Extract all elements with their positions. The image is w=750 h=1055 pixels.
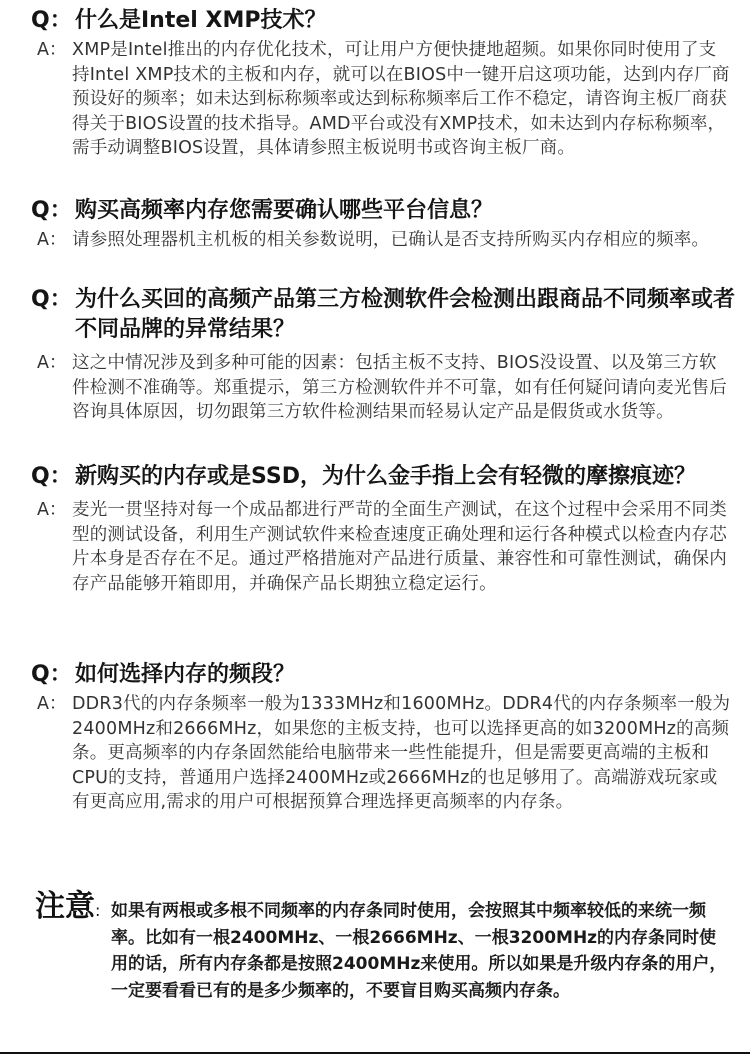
answer-row: A： DDR3代的内存条频率一般为1333MHz和1600MHz。DDR4代的内… [0,692,750,815]
answer-mark-label: A： [0,228,72,253]
notice-block: 注意: 如果有两根或多根不同频率的内存条同时使用，会按照其中频率较低的来统一频率… [0,890,750,1004]
faq-item-frequency-selection: Q： 如何选择内存的频段？ A： DDR3代的内存条频率一般为1333MHz和1… [0,660,750,815]
question-text: 购买高频率内存您需要确认哪些平台信息？ [75,196,735,226]
answer-text: XMP是Intel推出的内存优化技术，可让用户方便快捷地超频。如果你同时使用了支… [72,38,732,161]
question-text: 什么是Intel XMP技术？ [75,6,735,36]
answer-text: 麦光一贯坚持对每一个成品都进行严苛的全面生产测试，在这个过程中会采用不同类型的测… [72,498,732,596]
faq-item-platform-info: Q： 购买高频率内存您需要确认哪些平台信息？ A： 请参照处理器机主机板的相关参… [0,196,750,253]
question-mark-label: Q： [0,660,75,690]
answer-mark-label: A： [0,351,72,425]
answer-mark-label: A： [0,498,72,596]
answer-row: A： 麦光一贯坚持对每一个成品都进行严苛的全面生产测试，在这个过程中会采用不同类… [0,498,750,596]
question-mark-label: Q： [0,285,75,345]
question-mark-label: Q： [0,6,75,36]
faq-item-xmp: Q： 什么是Intel XMP技术？ A： XMP是Intel推出的内存优化技术… [0,6,750,161]
faq-item-third-party-detection: Q： 为什么买回的高频产品第三方检测软件会检测出跟商品不同频率或者不同品牌的异常… [0,285,750,425]
faq-item-gold-finger-marks: Q： 新购买的内存或是SSD，为什么金手指上会有轻微的摩擦痕迹？ A： 麦光一贯… [0,462,750,596]
bottom-divider [0,1052,750,1054]
question-text: 如何选择内存的频段？ [75,660,735,690]
notice-colon: : [95,901,100,920]
notice-label-text: 注意 [35,889,95,924]
question-text: 为什么买回的高频产品第三方检测软件会检测出跟商品不同频率或者不同品牌的异常结果？ [75,285,735,345]
answer-row: A： 这之中情况涉及到多种可能的因素：包括主板不支持、BIOS没设置、以及第三方… [0,351,750,425]
question-row: Q： 为什么买回的高频产品第三方检测软件会检测出跟商品不同频率或者不同品牌的异常… [0,285,750,345]
question-mark-label: Q： [0,462,75,492]
question-text: 新购买的内存或是SSD，为什么金手指上会有轻微的摩擦痕迹？ [75,462,735,492]
question-row: Q： 新购买的内存或是SSD，为什么金手指上会有轻微的摩擦痕迹？ [0,462,750,492]
question-row: Q： 什么是Intel XMP技术？ [0,6,750,36]
answer-row: A： XMP是Intel推出的内存优化技术，可让用户方便快捷地超频。如果你同时使… [0,38,750,161]
question-row: Q： 购买高频率内存您需要确认哪些平台信息？ [0,196,750,226]
answer-row: A： 请参照处理器机主机板的相关参数说明，已确认是否支持所购买内存相应的频率。 [0,228,750,253]
answer-mark-label: A： [0,38,72,161]
notice-text: 如果有两根或多根不同频率的内存条同时使用，会按照其中频率较低的来统一频率。比如有… [111,898,731,1004]
question-row: Q： 如何选择内存的频段？ [0,660,750,690]
notice-label: 注意: [0,890,111,1004]
answer-text: DDR3代的内存条频率一般为1333MHz和1600MHz。DDR4代的内存条频… [72,692,732,815]
answer-text: 请参照处理器机主机板的相关参数说明，已确认是否支持所购买内存相应的频率。 [72,228,732,253]
answer-mark-label: A： [0,692,72,815]
question-mark-label: Q： [0,196,75,226]
answer-text: 这之中情况涉及到多种可能的因素：包括主板不支持、BIOS没设置、以及第三方软件检… [72,351,732,425]
